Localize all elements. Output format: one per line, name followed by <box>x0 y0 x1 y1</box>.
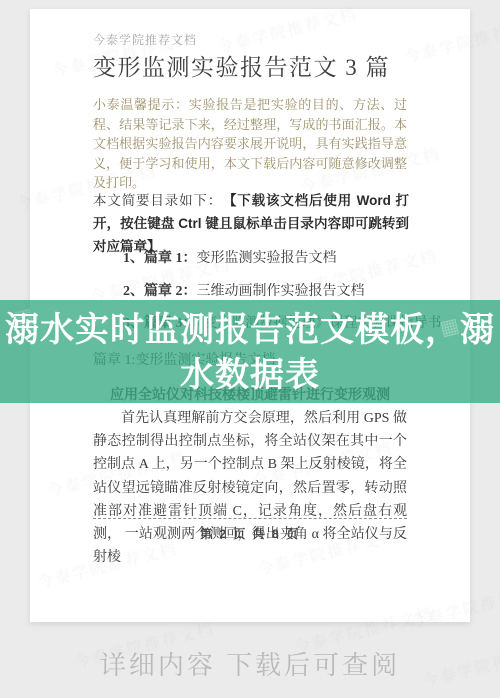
overlay-title-line1: 溺水实时监测报告范文模板，溺 <box>5 311 495 349</box>
body-paragraph: 首先认真理解前方交会原理，然后利用 GPS 做静态控制得出控制点坐标，将全站仪架… <box>93 407 407 569</box>
toc-item-1[interactable]: 1、篇章 1：变形监测实验报告文档 <box>123 247 423 267</box>
directory-lead: 本文简要目录如下： <box>93 193 230 208</box>
toc-item-2-label: 2、篇章 2： <box>123 284 197 299</box>
document-title: 变形监测实验报告范文 3 篇 <box>93 49 433 82</box>
toc-item-2-text: 三维动画制作实验报告文档 <box>197 284 365 299</box>
toc-item-2[interactable]: 2、篇章 2：三维动画制作实验报告文档 <box>123 280 423 300</box>
overlay-banner-title[interactable]: 溺水实时监测报告范文模板，溺 水数据表 <box>0 308 500 398</box>
overlay-title-line2: 水数据表 <box>180 356 320 394</box>
toc-item-1-text: 变形监测实验报告文档 <box>197 251 337 266</box>
page-number: 第 2 页 共 8 页 <box>93 525 407 542</box>
document-source-label: 今泰学院推荐文档 <box>93 31 197 48</box>
toc-item-1-label: 1、篇章 1： <box>123 251 197 266</box>
dashed-divider <box>93 518 407 519</box>
overlay-banner[interactable]: 溺水实时监测报告范文模板，溺 水数据表 <box>0 300 500 403</box>
document-tip-paragraph: 小泰温馨提示：实验报告是把实验的目的、方法、过程、结果等记录下来，经过整理，写成… <box>93 95 407 193</box>
page-root: { "doc": { "source": "今泰学院推荐文档", "title"… <box>0 0 500 698</box>
bottom-bar-text: 详细内容 下载后可查阅 <box>0 645 500 682</box>
